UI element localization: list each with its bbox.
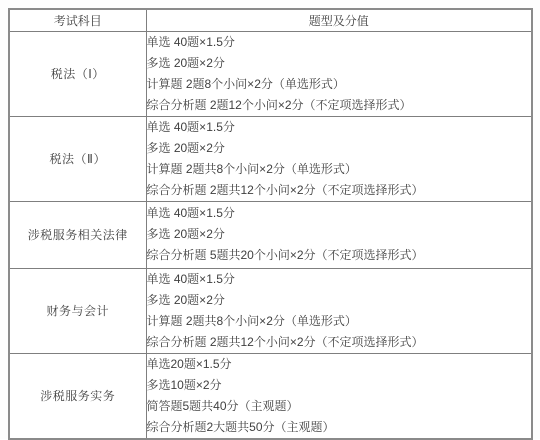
table-row: 税法（Ⅰ） 单选 40题×1.5分 多选 20题×2分 计算题 2题8个小问×2… [9,31,532,116]
type-line: 单选 40题×1.5分 [147,203,532,224]
type-line: 单选 40题×1.5分 [147,117,532,138]
types-cell: 单选 40题×1.5分 多选 20题×2分 计算题 2题共8个小问×2分（单选形… [146,116,532,201]
type-line: 多选 20题×2分 [147,138,532,159]
exam-subjects-table: 考试科目 题型及分值 税法（Ⅰ） 单选 40题×1.5分 多选 20题×2分 计… [8,8,533,440]
types-cell: 单选 40题×1.5分 多选 20题×2分 计算题 2题共8个小问×2分（单选形… [146,268,532,353]
page: 考试科目 题型及分值 税法（Ⅰ） 单选 40题×1.5分 多选 20题×2分 计… [0,0,540,439]
types-cell: 单选20题×1.5分 多选10题×2分 简答题5题共40分（主观题） 综合分析题… [146,353,532,439]
table-header-row: 考试科目 题型及分值 [9,9,532,31]
subject-cell: 涉税服务相关法律 [9,201,146,268]
type-line: 多选 20题×2分 [147,53,532,74]
type-line: 综合分析题2大题共50分（主观题） [147,417,532,438]
type-line: 多选10题×2分 [147,375,532,396]
type-line: 综合分析题 2题12个小问×2分（不定项选择形式） [147,95,532,116]
type-line: 多选 20题×2分 [147,224,532,245]
table-row: 税法（Ⅱ） 单选 40题×1.5分 多选 20题×2分 计算题 2题共8个小问×… [9,116,532,201]
type-line: 多选 20题×2分 [147,290,532,311]
type-line: 计算题 2题共8个小问×2分（单选形式） [147,311,532,332]
types-cell: 单选 40题×1.5分 多选 20题×2分 计算题 2题8个小问×2分（单选形式… [146,31,532,116]
table-row: 涉税服务实务 单选20题×1.5分 多选10题×2分 简答题5题共40分（主观题… [9,353,532,439]
subject-cell: 税法（Ⅰ） [9,31,146,116]
type-line: 简答题5题共40分（主观题） [147,396,532,417]
type-line: 综合分析题 5题共20个小问×2分（不定项选择形式） [147,245,532,266]
type-line: 计算题 2题共8个小问×2分（单选形式） [147,159,532,180]
subject-cell: 财务与会计 [9,268,146,353]
column-header-subject: 考试科目 [9,9,146,31]
table-row: 财务与会计 单选 40题×1.5分 多选 20题×2分 计算题 2题共8个小问×… [9,268,532,353]
type-line: 计算题 2题8个小问×2分（单选形式） [147,74,532,95]
column-header-types: 题型及分值 [146,9,532,31]
type-line: 综合分析题 2题共12个小问×2分（不定项选择形式） [147,180,532,201]
type-line: 综合分析题 2题共12个小问×2分（不定项选择形式） [147,332,532,353]
table-row: 涉税服务相关法律 单选 40题×1.5分 多选 20题×2分 综合分析题 5题共… [9,201,532,268]
type-line: 单选 40题×1.5分 [147,269,532,290]
subject-cell: 涉税服务实务 [9,353,146,439]
type-line: 单选20题×1.5分 [147,354,532,375]
subject-cell: 税法（Ⅱ） [9,116,146,201]
type-line: 单选 40题×1.5分 [147,32,532,53]
types-cell: 单选 40题×1.5分 多选 20题×2分 综合分析题 5题共20个小问×2分（… [146,201,532,268]
